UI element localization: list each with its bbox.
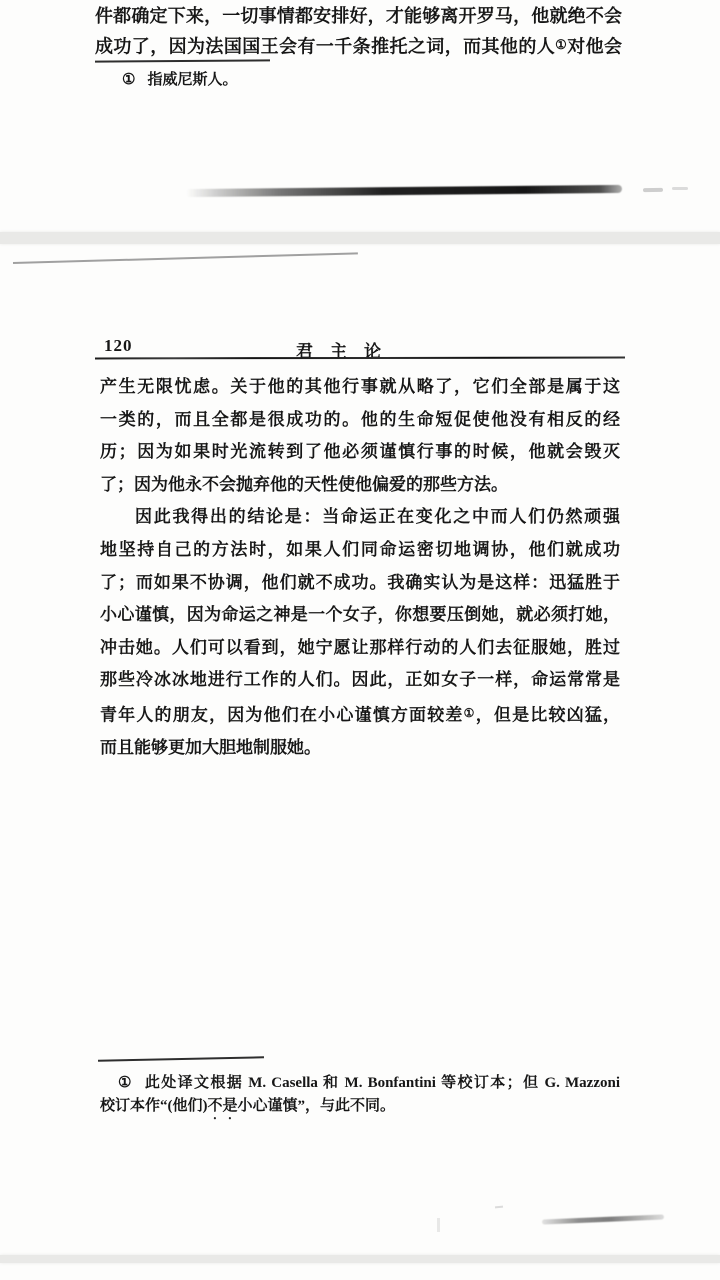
body-line: 了；而如果不协调，他们就不成功。我确实认为是这样：迅猛胜于	[100, 567, 620, 600]
footnote-line: ①此处译文根据 M. Casella 和 M. Bonfantini 等校订本；…	[100, 1072, 620, 1095]
body-line: 小心谨慎，因为命运之神是一个女子，你想要压倒她，就必须打她，	[100, 599, 620, 632]
scan-speck	[495, 1206, 503, 1209]
body-text: 对他会	[567, 36, 622, 56]
body-line: 了；因为他永不会抛弃他的天性使他偏爱的那些方法。	[100, 469, 620, 502]
page-number: 120	[104, 336, 133, 356]
scan-hairline	[13, 252, 358, 263]
footnote: ①指威尼斯人。	[122, 68, 237, 89]
body-text: 青年人的朋友，因为他们在小心谨慎方面较差	[100, 705, 464, 724]
footnote-separator	[95, 59, 270, 62]
scan-smudge-top	[186, 185, 622, 197]
header-rule	[95, 357, 625, 360]
footnote-emphasized-text: 不是	[208, 1098, 238, 1114]
body-line: 地坚持自己的方法时，如果人们同命运密切地调协，他们就成功	[100, 534, 620, 567]
footnote-ref: ①	[555, 37, 567, 52]
body-line: 产生无限忧虑。关于他的其他行事就从略了，它们全部是属于这	[100, 371, 620, 404]
previous-page-body: 件都确定下来，一切事情都安排好，才能够离开罗马，他就绝不会 成功了，因为法国国王…	[95, 2, 622, 61]
body-line: 成功了，因为法国国王会有一千条推托之词，而其他的人①对他会	[95, 31, 622, 61]
body-text: 成功了，因为法国国王会有一千条推托之词，而其他的人	[95, 36, 555, 56]
footnote-text: 指威尼斯人。	[147, 72, 237, 88]
body-line: 青年人的朋友，因为他们在小心谨慎方面较差①，但是比较凶猛，	[100, 697, 620, 732]
scan-smudge-bottom	[542, 1214, 664, 1224]
footnote-marker: ①	[118, 1075, 133, 1091]
footnote-marker: ①	[122, 72, 135, 88]
body-line: 历；因为如果时光流转到了他必须谨慎行事的时候，他就会毁灭	[100, 436, 620, 469]
footnote-text: 校订本作“(他们)	[100, 1098, 208, 1114]
body-text: ，但是比较凶猛，	[476, 705, 620, 724]
body-line: 冲击她。人们可以看到，她宁愿让那样行动的人们去征服她，胜过	[100, 632, 620, 665]
body-line: 件都确定下来，一切事情都安排好，才能够离开罗马，他就绝不会	[95, 2, 622, 31]
scan-gap-band-bottom	[0, 1255, 720, 1263]
footnote-separator	[98, 1056, 264, 1061]
body-line: 那些冷冰冰地进行工作的人们。因此，正如女子一样，命运常常是	[100, 664, 620, 697]
scan-speck	[672, 187, 688, 190]
footnote-text: 此处译文根据 M. Casella 和 M. Bonfantini 等校订本；但…	[145, 1075, 620, 1091]
body-line: 而且能够更加大胆地制服她。	[100, 732, 620, 765]
footnote-text: 小心谨慎”，与此不同。	[238, 1098, 396, 1114]
body-line: 一类的，而且全都是很成功的。他的生命短促使他没有相反的经	[100, 404, 620, 437]
page-body: 产生无限忧虑。关于他的其他行事就从略了，它们全部是属于这 一类的，而且全都是很成…	[100, 371, 620, 765]
scan-speck	[643, 188, 663, 192]
scan-speck	[437, 1218, 440, 1232]
footnote-ref: ①	[464, 706, 476, 720]
body-line: 因此我得出的结论是：当命运正在变化之中而人们仍然顽强	[100, 501, 620, 534]
scan-gap-band	[0, 232, 720, 244]
footnote: ①此处译文根据 M. Casella 和 M. Bonfantini 等校订本；…	[100, 1072, 620, 1123]
footnote-line: 校订本作“(他们)不是小心谨慎”，与此不同。	[100, 1095, 620, 1123]
